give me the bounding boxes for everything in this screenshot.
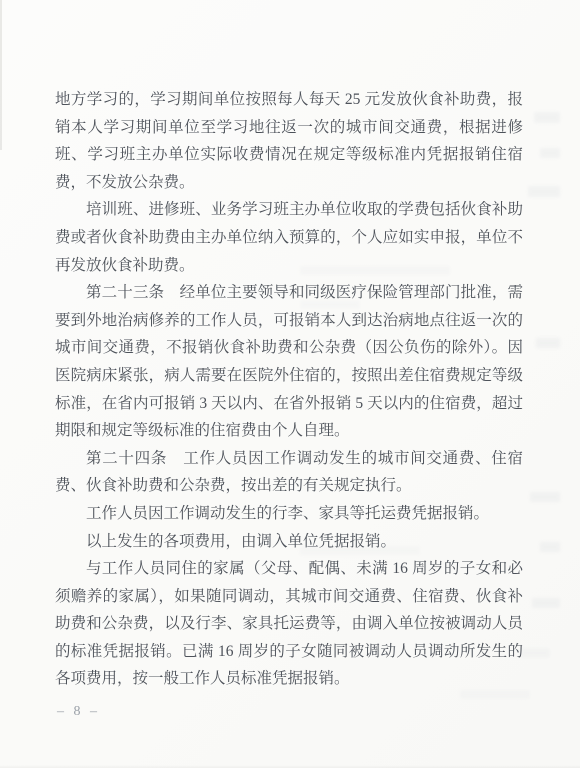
document-body: 地方学习的，学习期间单位按照每人每天 25 元发放伙食补助费，报销本人学习期间单… — [55, 86, 523, 693]
bleedthrough-artifact — [532, 598, 560, 608]
bleedthrough-artifact — [540, 148, 560, 158]
paragraph: 工作人员因工作调动发生的行李、家具等托运费凭据报销。 — [55, 500, 523, 528]
page-number: – 8 – — [57, 702, 100, 722]
paragraph: 培训班、进修班、业务学习班主办单位收取的学费包括伙食补助费或者伙食补助费由主办单… — [55, 196, 523, 279]
bleedthrough-artifact — [530, 492, 560, 502]
bleedthrough-artifact — [536, 338, 560, 348]
bleedthrough-artifact — [528, 186, 560, 197]
paragraph: 地方学习的，学习期间单位按照每人每天 25 元发放伙食补助费，报销本人学习期间单… — [55, 86, 523, 196]
bleedthrough-artifact — [520, 648, 550, 658]
paragraph: 与工作人员同住的家属（父母、配偶、未满 16 周岁的子女和必须赡养的家属），如果… — [55, 555, 523, 693]
bleedthrough-artifact — [540, 542, 560, 552]
paragraph: 第二十三条 经单位主要领导和同级医疗保险管理部门批准，需要到外地治病修养的工作人… — [55, 279, 523, 445]
paragraph: 以上发生的各项费用，由调入单位凭据报销。 — [55, 528, 523, 556]
paragraph: 第二十四条 工作人员因工作调动发生的城市间交通费、住宿费、伙食补助费和公杂费，按… — [55, 445, 523, 500]
document-page: 地方学习的，学习期间单位按照每人每天 25 元发放伙食补助费，报销本人学习期间单… — [0, 0, 580, 768]
scan-edge-artifact — [0, 0, 2, 150]
bleedthrough-artifact — [534, 112, 560, 123]
